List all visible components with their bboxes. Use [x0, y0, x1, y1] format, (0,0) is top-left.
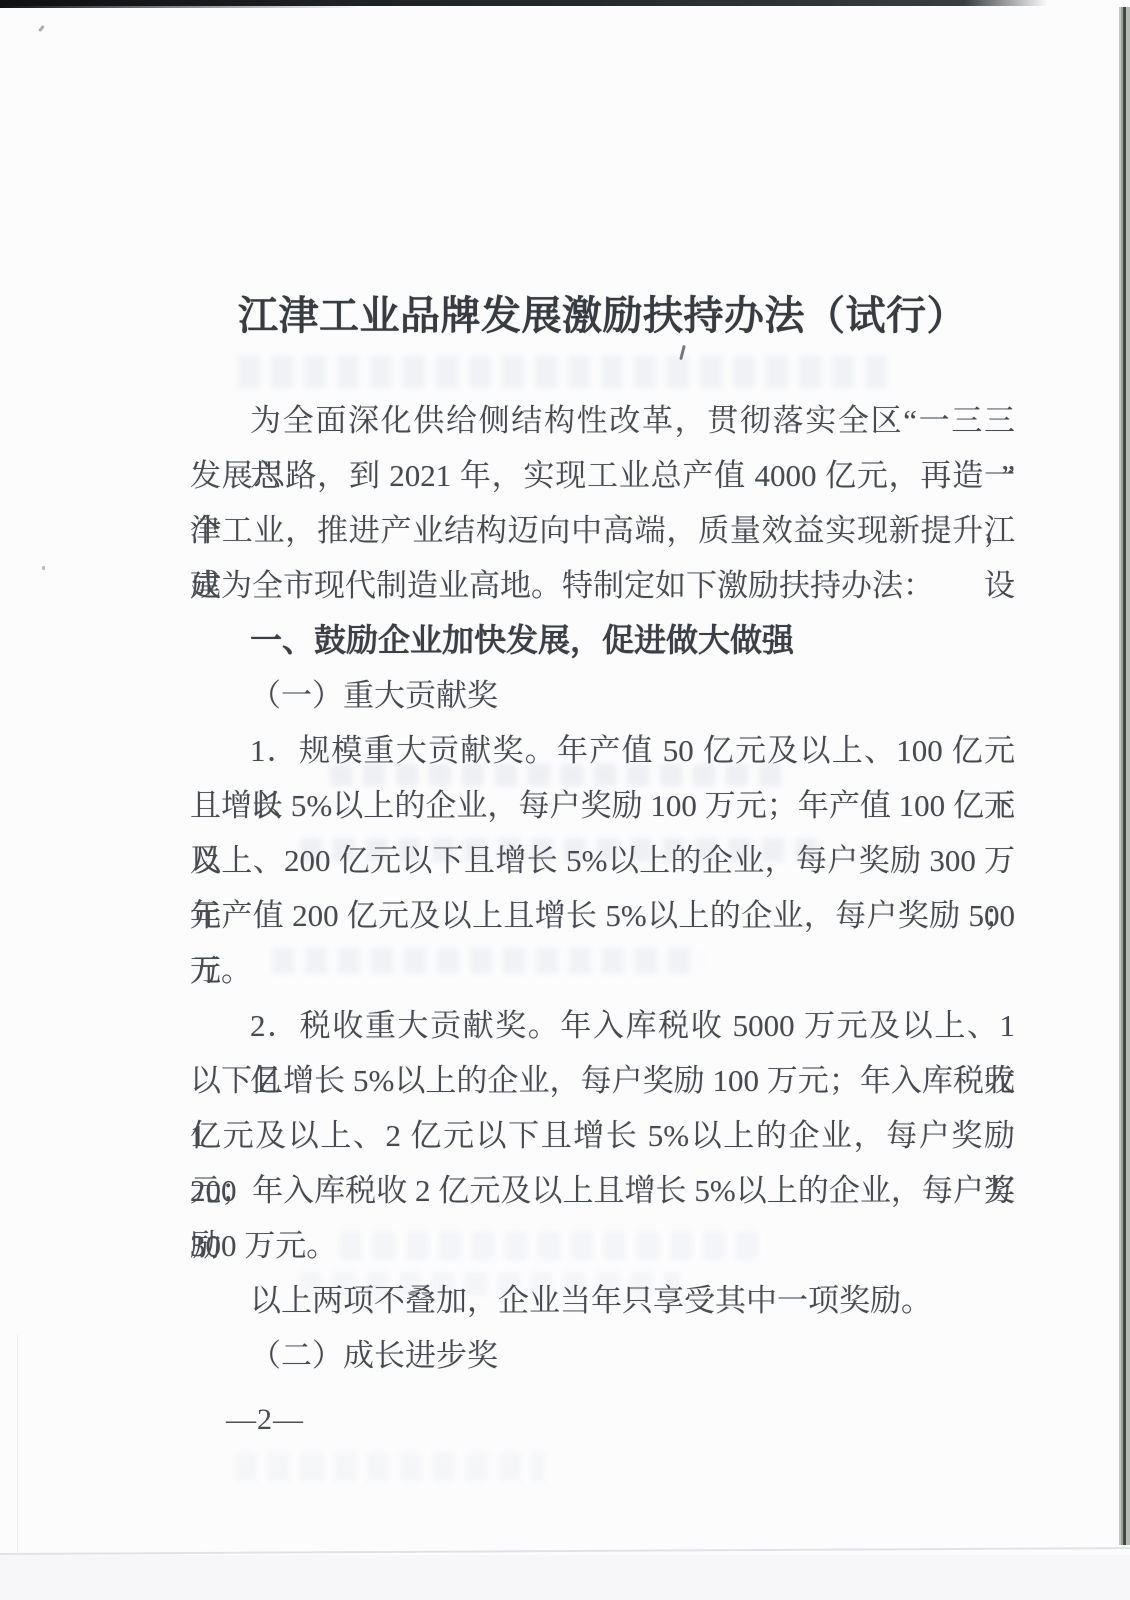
subsection-2-heading: （二）成长进步奖 [190, 1328, 1015, 1383]
item-2-line: 亿元及以上、2 亿元以下且增长 5%以上的企业，每户奖励 200 万 [190, 1108, 1015, 1163]
intro-line: 为全面深化供给侧结构性改革，贯彻落实全区“一三三六” [190, 393, 1015, 448]
scanned-document-page: { "doc": { "title": "江津工业品牌发展激励扶持办法（试行）"… [0, 0, 1130, 1600]
page-number: —2— [226, 1398, 304, 1442]
document-body: 为全面深化供给侧结构性改革，贯彻落实全区“一三三六” 发展思路，到 2021 年… [190, 393, 1015, 1383]
item-2-line: 元；年入库税收 2 亿元及以上且增长 5%以上的企业，每户奖励 [190, 1163, 1015, 1218]
scan-right-edge-artifact [1119, 7, 1130, 1545]
intro-line: 成为全市现代制造业高地。特制定如下激励扶持办法： [190, 558, 1015, 613]
item-2-line: 以下且增长 5%以上的企业，每户奖励 100 万元；年入库税收 1 [190, 1053, 1015, 1108]
item-2-line: 2．税收重大贡献奖。年入库税收 5000 万元及以上、1 亿元 [190, 998, 1015, 1053]
item-1-line: 1．规模重大贡献奖。年产值 50 亿元及以上、100 亿元以下 [190, 723, 1015, 778]
note-line: 以上两项不叠加，企业当年只享受其中一项奖励。 [190, 1273, 1015, 1328]
intro-line: 津工业，推进产业结构迈向中高端，质量效益实现新提升，建设 [190, 503, 1015, 558]
paper-speck [38, 25, 45, 32]
paper-speck [679, 345, 686, 360]
item-1-line: 且增长 5%以上的企业，每户奖励 100 万元；年产值 100 亿元及 [190, 778, 1015, 833]
item-1-line: 元。 [190, 943, 1015, 998]
paper-bottom-edge [0, 1547, 1130, 1555]
bleedthrough-artifact [235, 1452, 545, 1482]
item-2-line: 300 万元。 [190, 1218, 1015, 1273]
item-1-line: 年产值 200 亿元及以上且增长 5%以上的企业，每户奖励 500 万 [190, 888, 1015, 943]
paper-below-fold [0, 1555, 1130, 1600]
paper-speck [42, 566, 45, 570]
paper-left-edge [17, 1335, 18, 1555]
bleedthrough-artifact [238, 356, 888, 388]
subsection-1-heading: （一）重大贡献奖 [190, 668, 1015, 723]
document-title: 江津工业品牌发展激励扶持办法（试行） [190, 284, 1015, 341]
item-1-line: 以上、200 亿元以下且增长 5%以上的企业，每户奖励 300 万元； [190, 833, 1015, 888]
intro-line: 发展思路，到 2021 年，实现工业总产值 4000 亿元，再造一个江 [190, 448, 1015, 503]
section-1-heading: 一、鼓励企业加快发展，促进做大做强 [190, 613, 1015, 668]
scan-top-edge-artifact [0, 0, 360, 8]
